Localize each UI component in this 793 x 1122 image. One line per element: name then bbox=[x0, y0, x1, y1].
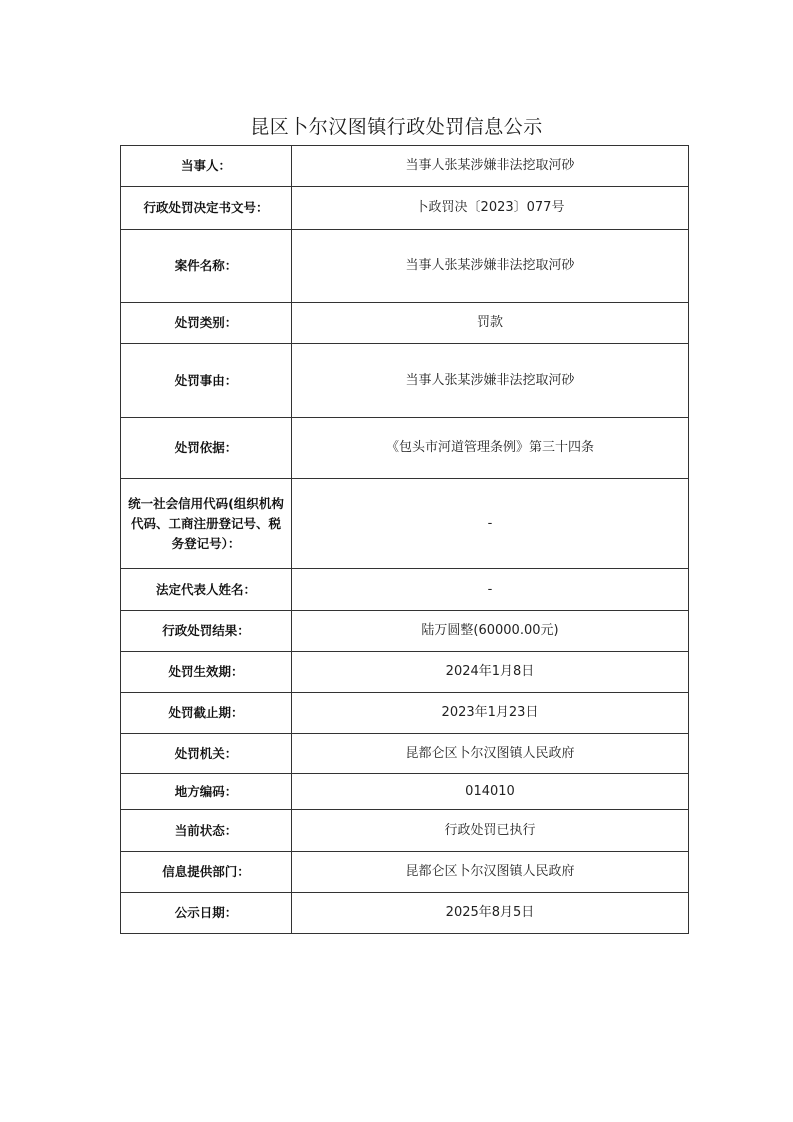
field-value: 2025年8月5日 bbox=[292, 893, 689, 934]
table-row: 处罚机关：昆都仑区卜尔汉图镇人民政府 bbox=[121, 734, 689, 774]
field-label: 案件名称： bbox=[121, 230, 292, 303]
field-label: 行政处罚决定书文号： bbox=[121, 187, 292, 230]
field-value: 罚款 bbox=[292, 303, 689, 344]
table-row: 法定代表人姓名：- bbox=[121, 569, 689, 611]
field-label: 当事人： bbox=[121, 146, 292, 187]
field-label: 当前状态： bbox=[121, 810, 292, 852]
field-label: 行政处罚结果： bbox=[121, 611, 292, 652]
field-value: - bbox=[292, 569, 689, 611]
penalty-info-table: 当事人：当事人张某涉嫌非法挖取河砂行政处罚决定书文号：卜政罚决〔2023〕077… bbox=[120, 145, 689, 934]
field-label: 法定代表人姓名： bbox=[121, 569, 292, 611]
field-label: 处罚生效期： bbox=[121, 652, 292, 693]
table-row: 处罚事由：当事人张某涉嫌非法挖取河砂 bbox=[121, 344, 689, 418]
table-row: 行政处罚决定书文号：卜政罚决〔2023〕077号 bbox=[121, 187, 689, 230]
field-value: 当事人张某涉嫌非法挖取河砂 bbox=[292, 230, 689, 303]
table-row: 处罚截止期：2023年1月23日 bbox=[121, 693, 689, 734]
field-value: 昆都仑区卜尔汉图镇人民政府 bbox=[292, 852, 689, 893]
table-row: 行政处罚结果：陆万圆整(60000.00元) bbox=[121, 611, 689, 652]
field-label: 处罚类别： bbox=[121, 303, 292, 344]
field-label: 处罚依据： bbox=[121, 418, 292, 479]
table-row: 统一社会信用代码(组织机构代码、工商注册登记号、税务登记号）：- bbox=[121, 479, 689, 569]
table-row: 信息提供部门：昆都仑区卜尔汉图镇人民政府 bbox=[121, 852, 689, 893]
table-row: 处罚依据：《包头市河道管理条例》第三十四条 bbox=[121, 418, 689, 479]
field-label: 公示日期： bbox=[121, 893, 292, 934]
table-row: 公示日期：2025年8月5日 bbox=[121, 893, 689, 934]
field-value: 014010 bbox=[292, 774, 689, 810]
field-label: 处罚机关： bbox=[121, 734, 292, 774]
field-value: 行政处罚已执行 bbox=[292, 810, 689, 852]
field-value: 当事人张某涉嫌非法挖取河砂 bbox=[292, 146, 689, 187]
field-value: - bbox=[292, 479, 689, 569]
field-label: 处罚截止期： bbox=[121, 693, 292, 734]
table-row: 处罚生效期：2024年1月8日 bbox=[121, 652, 689, 693]
field-value: 卜政罚决〔2023〕077号 bbox=[292, 187, 689, 230]
field-label: 处罚事由： bbox=[121, 344, 292, 418]
field-value: 《包头市河道管理条例》第三十四条 bbox=[292, 418, 689, 479]
table-row: 当事人：当事人张某涉嫌非法挖取河砂 bbox=[121, 146, 689, 187]
table-row: 地方编码：014010 bbox=[121, 774, 689, 810]
field-value: 2024年1月8日 bbox=[292, 652, 689, 693]
table-row: 处罚类别：罚款 bbox=[121, 303, 689, 344]
field-label: 信息提供部门： bbox=[121, 852, 292, 893]
page-title: 昆区卜尔汉图镇行政处罚信息公示 bbox=[0, 112, 793, 139]
field-value: 昆都仑区卜尔汉图镇人民政府 bbox=[292, 734, 689, 774]
field-value: 当事人张某涉嫌非法挖取河砂 bbox=[292, 344, 689, 418]
table-row: 案件名称：当事人张某涉嫌非法挖取河砂 bbox=[121, 230, 689, 303]
field-label: 地方编码： bbox=[121, 774, 292, 810]
field-label: 统一社会信用代码(组织机构代码、工商注册登记号、税务登记号）： bbox=[121, 479, 292, 569]
field-value: 2023年1月23日 bbox=[292, 693, 689, 734]
field-value: 陆万圆整(60000.00元) bbox=[292, 611, 689, 652]
table-row: 当前状态：行政处罚已执行 bbox=[121, 810, 689, 852]
